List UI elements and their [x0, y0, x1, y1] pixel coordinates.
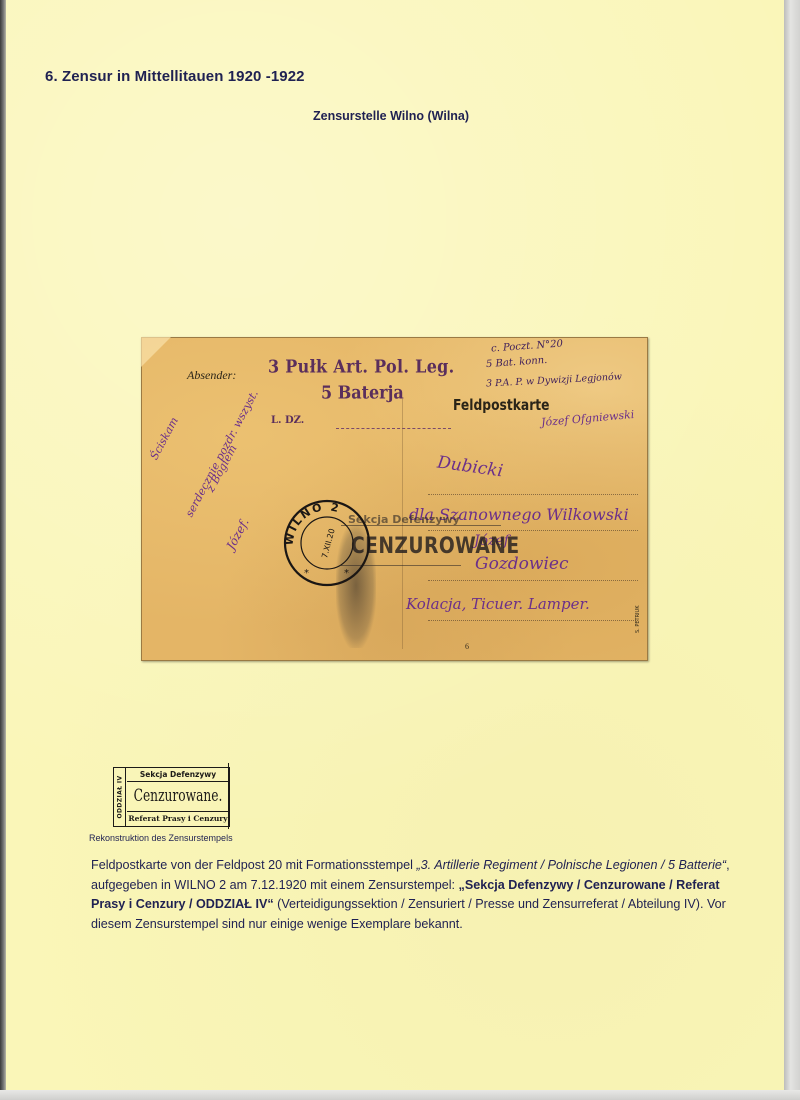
- handwriting-margin-line: Józef.: [224, 516, 252, 552]
- handwriting-sender-line: 3 P.A. P. w Dywizji Legjonów: [486, 371, 622, 389]
- description-paragraph: Feldpostkarte von der Feldpost 20 mit Fo…: [91, 856, 731, 934]
- absender-label: Absender:: [187, 368, 236, 383]
- wilno-postmark: WILNO 2 * * 7.XII.20: [282, 498, 372, 588]
- formation-stamp-line2: 5 Baterja: [321, 382, 404, 403]
- svg-text:*: *: [304, 568, 309, 579]
- handwriting-recipient-line: Kolacja, Ticuer. Lamper.: [406, 595, 590, 613]
- corner-fold: [141, 337, 171, 367]
- formation-stamp-line1: 3 Pułk Art. Pol. Leg.: [268, 356, 455, 377]
- scan-edge-bottom: [0, 1090, 800, 1100]
- card-title: Feldpostkarte: [453, 396, 549, 414]
- address-line: [428, 620, 638, 621]
- handwriting-sender-line: c. Poczt. N°20: [491, 339, 564, 355]
- ldz-underline: [336, 428, 451, 429]
- recon-stamp-side-text: ODDZIAŁ IV: [116, 775, 123, 818]
- address-line: [428, 530, 638, 531]
- formation-stamp-ldz: L. DZ.: [271, 415, 304, 426]
- desc-formation-stamp: „3. Artillerie Regiment / Polnische Legi…: [416, 858, 726, 872]
- address-line: [428, 494, 638, 495]
- handwriting-sender-line: 5 Bat. konn.: [486, 355, 548, 370]
- printer-mark: S. PETRIUK: [635, 606, 641, 633]
- desc-text: Feldpostkarte von der Feldpost 20 mit Fo…: [91, 858, 416, 872]
- postcard-image: Absender: 3 Pułk Art. Pol. Leg. 5 Baterj…: [141, 337, 648, 661]
- page-title: 6. Zensur in Mittellitauen 1920 -1922: [45, 68, 305, 85]
- censor-stamp-reconstruction: ODDZIAŁ IV Sekcja Defenzywy Cenzurowane.…: [113, 767, 230, 827]
- card-number: 6: [465, 642, 469, 651]
- recon-stamp-rule: [228, 763, 229, 829]
- svg-text:*: *: [344, 568, 349, 579]
- recon-stamp-caption: Rekonstruktion des Zensurstempels: [89, 833, 233, 843]
- recon-stamp-main-text: Cenzurowane.: [128, 782, 229, 810]
- handwriting-margin-line: Ściskam: [148, 415, 181, 462]
- section-subtitle: Zensurstelle Wilno (Wilna): [313, 109, 469, 123]
- postmark-date: 7.XII.20: [320, 527, 337, 559]
- address-line: [428, 580, 638, 581]
- recon-stamp-bottom: Referat Prasy i Cenzury: [127, 811, 229, 827]
- handwriting-recipient-line: Dubicki: [436, 452, 504, 481]
- handwriting-signature: Józef Ofgniewski: [541, 408, 635, 429]
- scan-edge-right: [784, 0, 800, 1100]
- recon-stamp-main: Cenzurowane.: [141, 782, 214, 810]
- recon-stamp-top: Sekcja Defenzywy: [127, 768, 229, 782]
- censor-stamp-main: CENZUROWANE: [351, 534, 520, 559]
- recon-stamp-side: ODDZIAŁ IV: [114, 768, 126, 826]
